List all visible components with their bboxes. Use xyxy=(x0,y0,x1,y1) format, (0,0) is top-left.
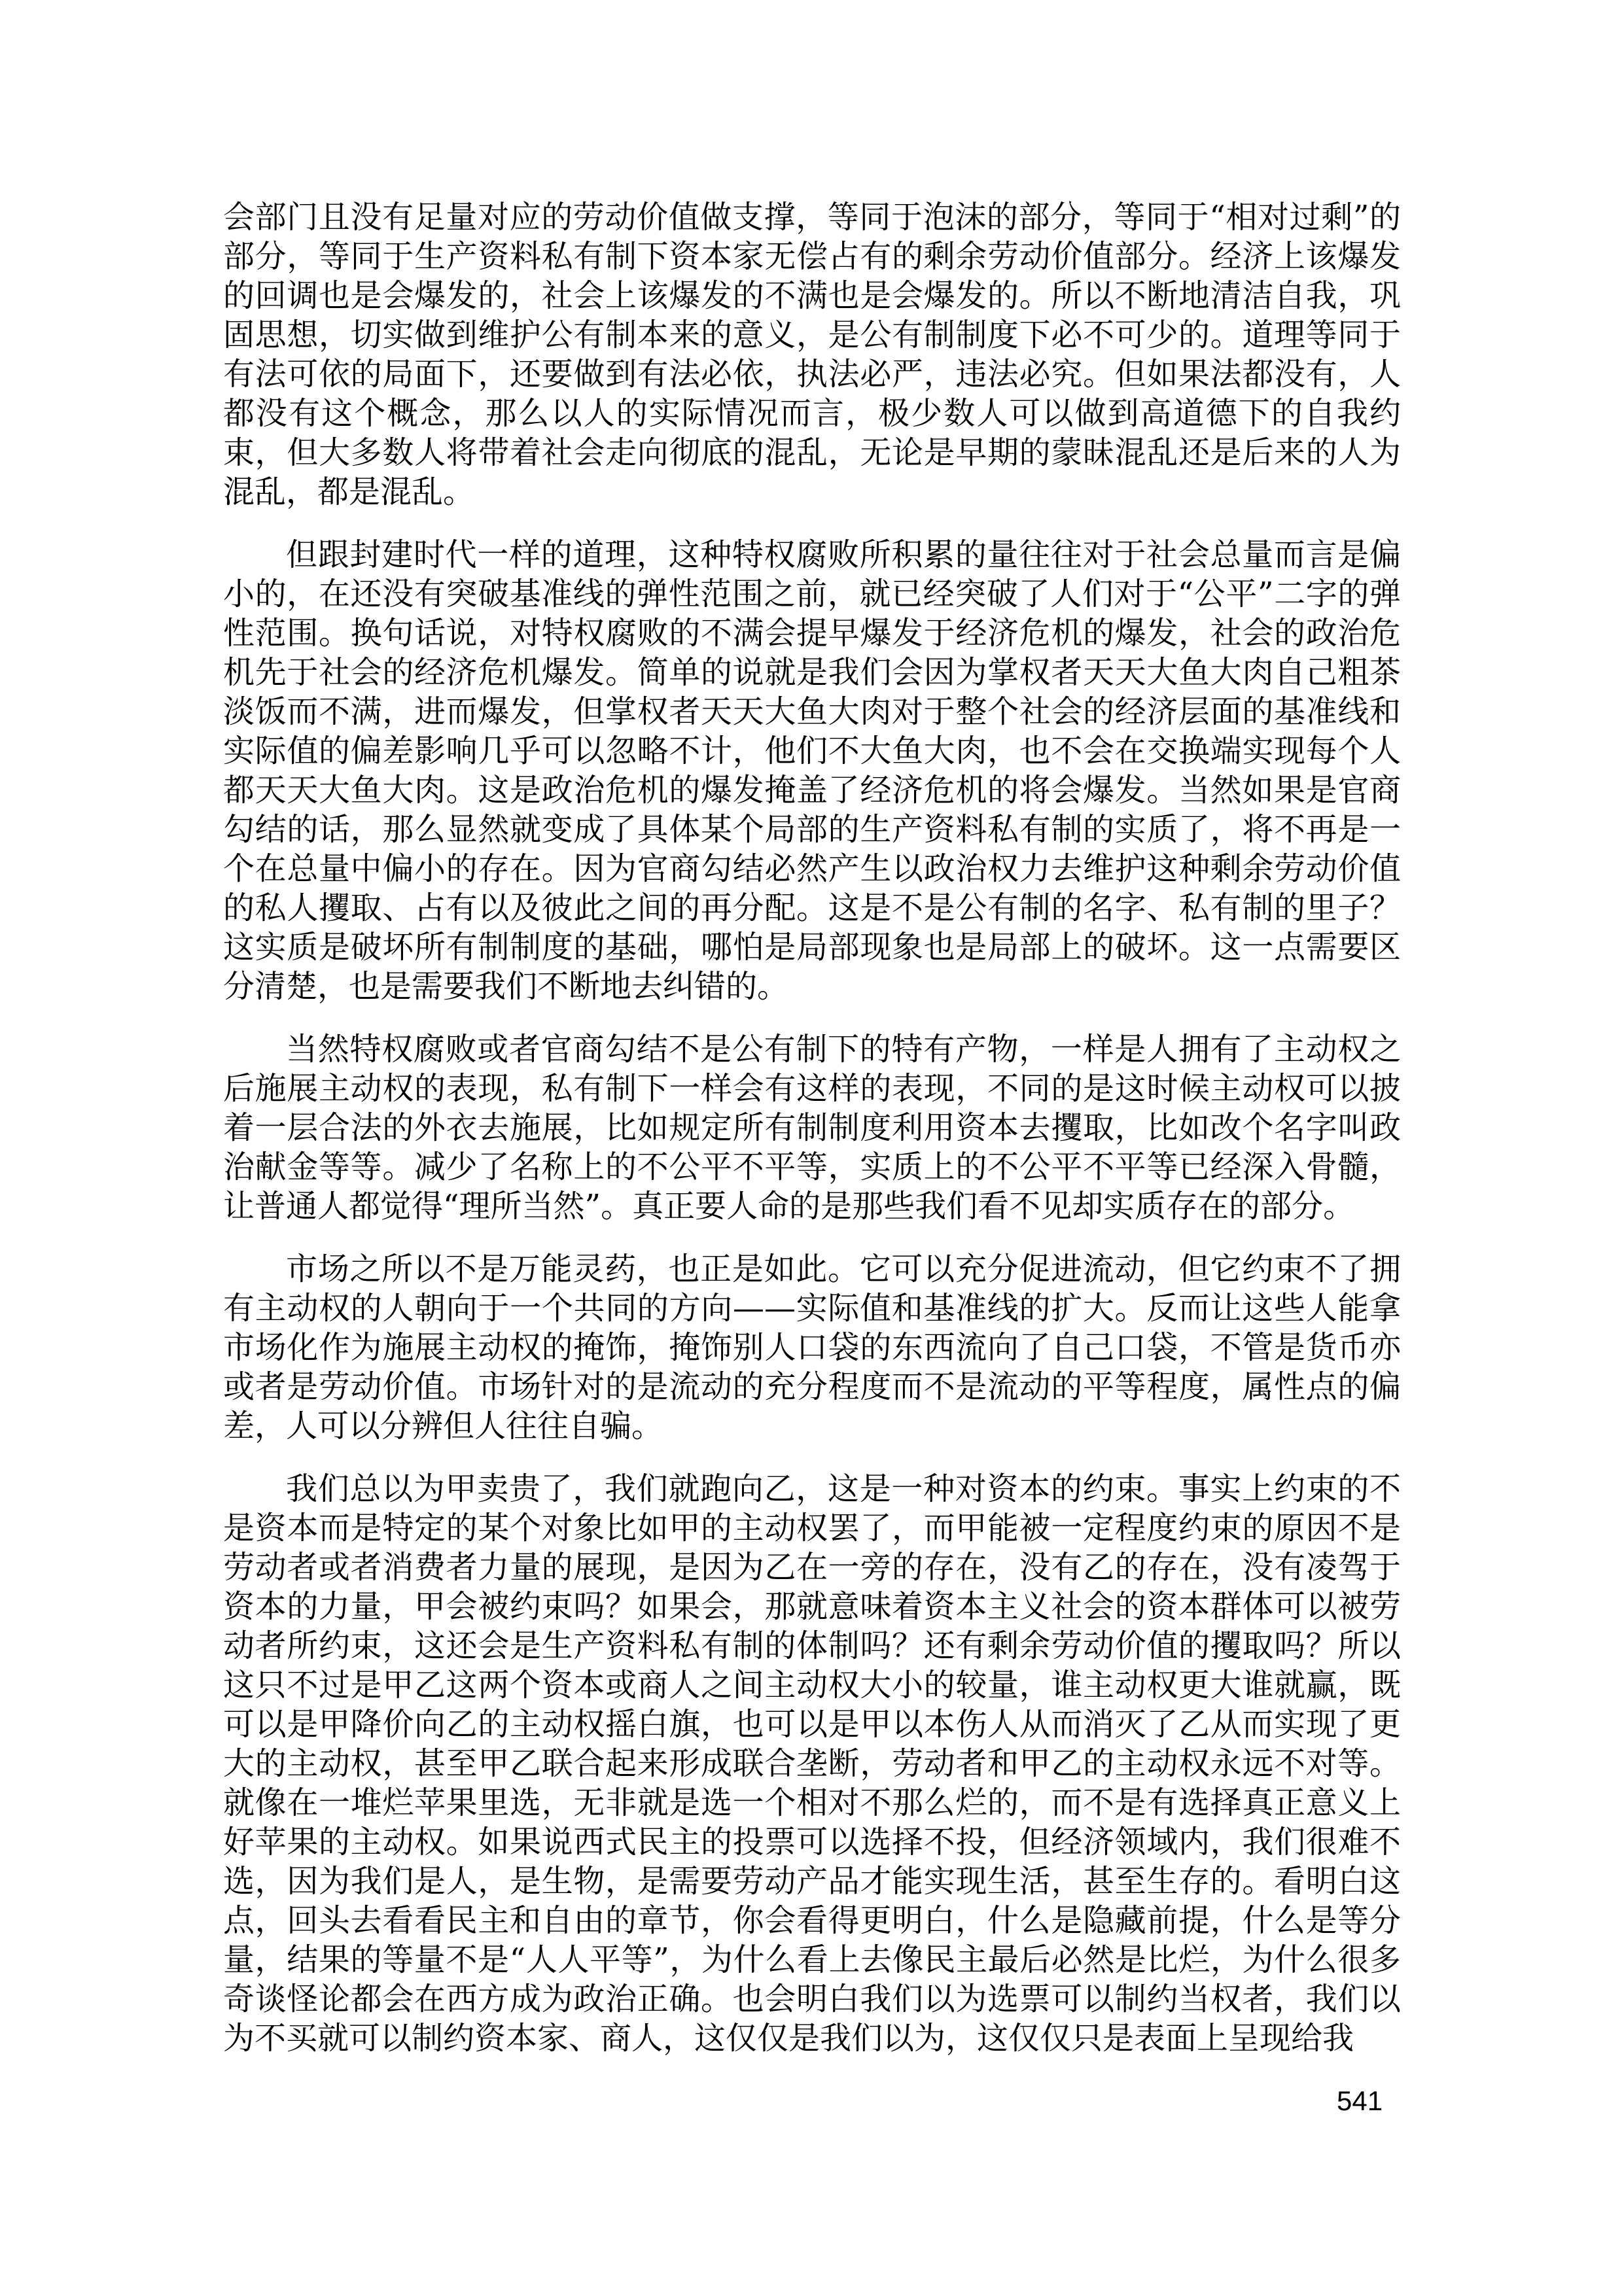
page-number: 541 xyxy=(1337,2087,1383,2115)
paragraph: 会部门且没有足量对应的劳动价值做支撑，等同于泡沫的部分，等同于“相对过剩”的部分… xyxy=(223,198,1401,512)
paragraph: 但跟封建时代一样的道理，这种特权腐败所积累的量往往对于社会总量而言是偏小的，在还… xyxy=(223,535,1401,1006)
paragraph: 当然特权腐败或者官商勾结不是公有制下的特有产物，一样是人拥有了主动权之后施展主动… xyxy=(223,1030,1401,1226)
paragraph: 市场之所以不是万能灵药，也正是如此。它可以充分促进流动，但它约束不了拥有主动权的… xyxy=(223,1249,1401,1446)
paragraph: 我们总以为甲卖贵了，我们就跑向乙，这是一种对资本的约束。事实上约束的不是资本而是… xyxy=(223,1469,1401,2058)
document-page: 会部门且没有足量对应的劳动价值做支撑，等同于泡沫的部分，等同于“相对过剩”的部分… xyxy=(0,0,1624,2296)
text-content: 会部门且没有足量对应的劳动价值做支撑，等同于泡沫的部分，等同于“相对过剩”的部分… xyxy=(223,198,1401,2058)
